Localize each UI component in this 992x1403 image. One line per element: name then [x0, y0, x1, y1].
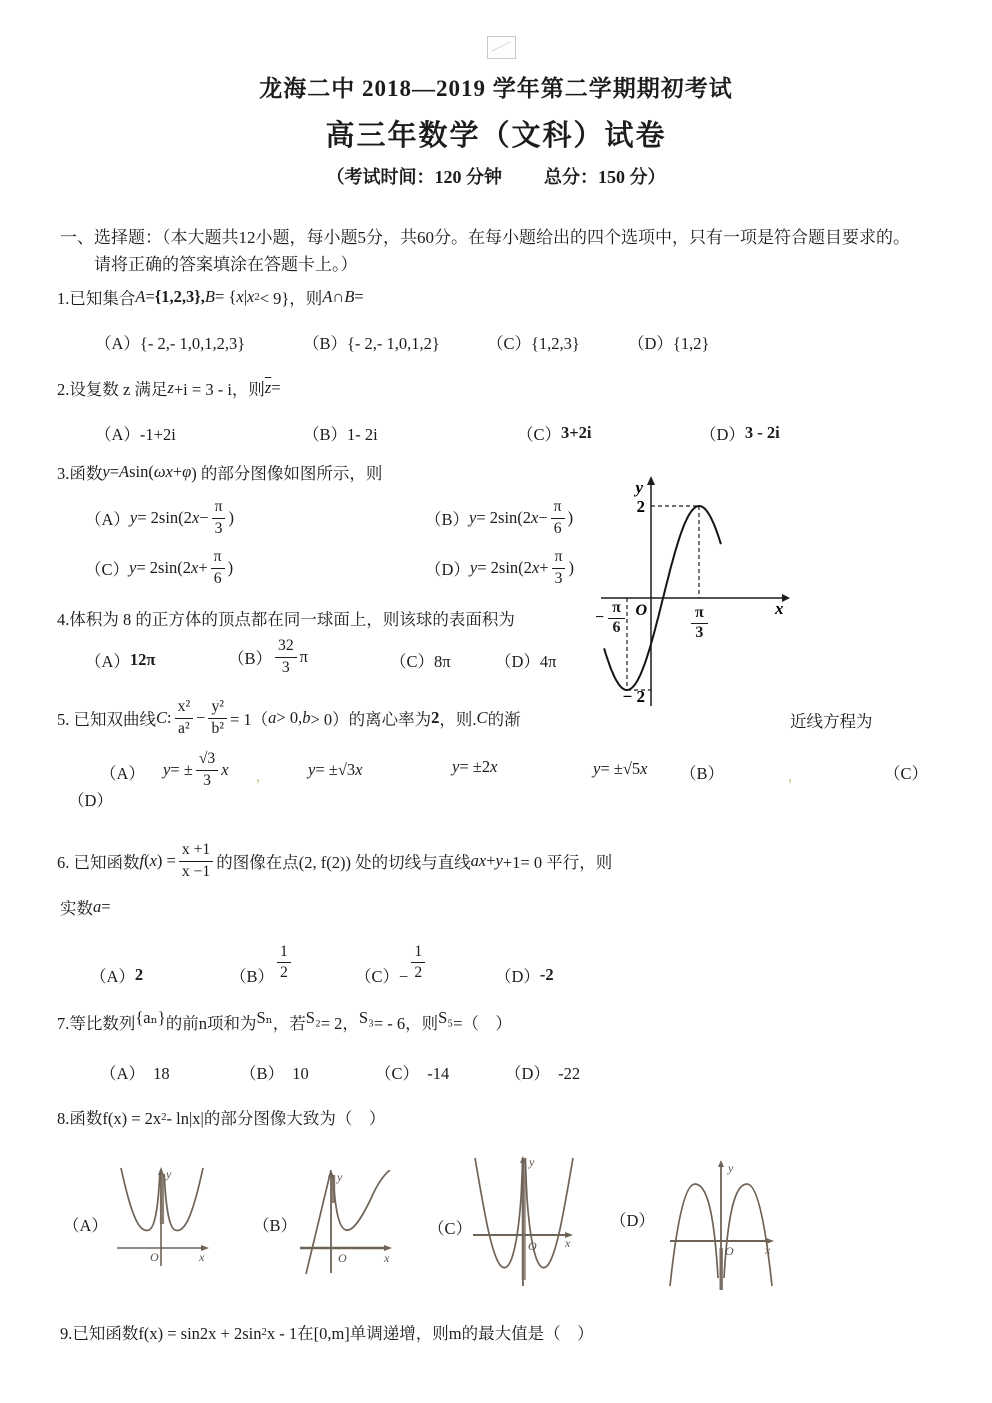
q8-graph-d: y O x: [668, 1160, 778, 1293]
pi-over-3: π3: [688, 605, 711, 642]
broken-image-icon: [487, 36, 516, 59]
q6-option-c: （C）−12: [355, 955, 428, 994]
q5-stem-tail: 近线方程为: [790, 708, 873, 732]
q3-option-a: （A）y = 2sin(2x − π3): [85, 496, 234, 540]
q4-option-a: （A）12π: [85, 648, 155, 672]
q5-option-b-label: （B）: [680, 760, 724, 784]
origin-label: O: [338, 1251, 347, 1265]
q5-option-a-label: （A）: [100, 760, 145, 784]
q5-mark-1: ，: [256, 766, 269, 785]
x-axis-label: x: [564, 1236, 571, 1250]
q2-option-a: （A）-1+2i: [95, 421, 176, 445]
max-x-label: π3: [688, 604, 711, 642]
x-axis-label: x: [198, 1250, 205, 1264]
q6-stem: 6. 已知函数 f(x) = x +1x −1 的图像在点(2, f(2)) 处…: [57, 838, 612, 884]
q8-label-a: （A）: [63, 1212, 108, 1236]
q9-stem: 9.已知函数f(x) = sin2x + 2sin2x - 1在[0,m]单调递…: [60, 1320, 594, 1344]
origin-label: O: [635, 602, 647, 619]
q5-option-d-label: （D）: [68, 787, 113, 811]
q8-graph-b: y O x: [298, 1170, 396, 1276]
q7-option-b: （B） 10: [240, 1060, 309, 1084]
q5-stem: 5. 已知双曲线 C : x²a² − y²b² = 1（a > 0,b > 0…: [57, 694, 521, 742]
exam-info-line: （考试时间：120 分钟总分：150 分）: [0, 163, 992, 189]
q8-label-b: （B）: [253, 1212, 297, 1236]
q4-option-c: （C）8π: [390, 648, 451, 672]
q3-stem: 3.函数 y=Asin(ωx + φ) 的部分图像如图所示，则: [57, 460, 382, 484]
y-axis-arrow: [647, 476, 655, 485]
y-axis-label: y: [336, 1170, 343, 1184]
exam-time: （考试时间：120 分钟: [327, 167, 503, 187]
sine-curve-plot: y 2 O x − 2: [595, 475, 790, 710]
x-axis-label: x: [774, 599, 784, 618]
broken-image-diagonal: [488, 37, 515, 58]
q6-option-b: （B）12: [230, 955, 294, 994]
x-axis-label: x: [383, 1251, 390, 1265]
spike-fill: [160, 1174, 164, 1224]
q5-formula-2: y = ±√3x: [308, 760, 362, 780]
q1-option-a: （A）{- 2,- 1,0,1,2,3}: [95, 330, 245, 354]
x-axis-label: x: [764, 1243, 771, 1257]
y-axis-label: y: [165, 1167, 172, 1181]
q4-option-d: （D）4π: [495, 648, 557, 672]
origin-label: O: [150, 1250, 159, 1264]
exam-title: 龙海二中 2018—2019 学年第二学期期初考试: [0, 70, 992, 103]
q1-option-b: （B）{- 2,- 1,0,1,2}: [303, 330, 440, 354]
q4-option-b: （B）323π: [228, 632, 308, 682]
q5-formula-3: y = ±2x: [452, 757, 497, 777]
section-header-line2: 请将正确的答案填涂在答题卡上。）: [94, 250, 358, 275]
exam-score: 总分：150 分）: [544, 167, 666, 187]
q5-mark-2: ，: [788, 766, 801, 785]
q1-stem: 1.已知集合 A = {1,2,3}, B = {x | x2 < 9}，则 A…: [57, 285, 364, 309]
q8-label-c: （C）: [428, 1215, 472, 1239]
min-x-label: −π6: [595, 600, 628, 637]
q2-option-c: （C）3+2i: [517, 421, 592, 445]
exam-subject-title: 高三年数学（文科）试卷: [0, 113, 992, 154]
q4-stem: 4.体积为 8 的正方体的顶点都在同一球面上，则该球的表面积为: [57, 606, 515, 630]
q5-option-c-label: （C）: [884, 760, 928, 784]
q7-stem: 7.等比数列{aₙ}的前n项和为Sₙ，若S₂ = 2，S₃ = - 6，则S₅ …: [57, 1010, 512, 1034]
q6-stem-line2: 实数 a =: [60, 895, 111, 919]
q7-option-d: （D） -22: [505, 1060, 580, 1084]
q7-option-c: （C） -14: [375, 1060, 449, 1084]
origin-label: O: [528, 1239, 537, 1253]
q8-graph-a: y O x: [113, 1166, 211, 1272]
origin-label: O: [725, 1244, 734, 1258]
q7-option-a: （A） 18: [100, 1060, 170, 1084]
q6-option-a: （A）2: [90, 963, 143, 987]
q3-option-c: （C）y = 2sin(2x+π6): [85, 546, 233, 590]
q2-option-b: （B）1- 2i: [303, 421, 378, 445]
q3-option-d: （D）y = 2sin(2x+π3): [425, 546, 574, 590]
q3-option-b: （B）y = 2sin(2x − π6): [425, 496, 573, 540]
q2-option-d: （D）3 - 2i: [700, 421, 780, 445]
q8-label-d: （D）: [610, 1207, 655, 1231]
y-axis-label: y: [633, 478, 643, 497]
spike-fill: [719, 1248, 723, 1290]
q2-stem: 2.设复数 z 满足 z+i = 3 - i，则 z =: [57, 376, 281, 400]
q6-option-d: （D）-2: [495, 963, 554, 987]
q1-option-c: （C）{1,2,3}: [487, 330, 580, 354]
exam-paper-page: 龙海二中 2018—2019 学年第二学期期初考试 高三年数学（文科）试卷 （考…: [0, 0, 992, 1403]
q8-stem: 8.函数f(x) = 2x2 - ln|x|的部分图像大致为（ ）: [57, 1105, 385, 1129]
y-axis-label: y: [727, 1161, 734, 1175]
min-value-label: − 2: [623, 687, 645, 706]
q3-function-graph: y 2 O x − 2 π3 −π6: [595, 475, 790, 710]
q1-option-d: （D）{1,2}: [628, 330, 709, 354]
q8-graph-c: y O x: [471, 1156, 577, 1290]
q5-formula-1: y = ±√33x: [163, 748, 229, 792]
section-header-line1: 一、选择题：（本大题共12小题，每小题5分，共60分。在每小题给出的四个选项中，…: [60, 223, 910, 248]
q5-formula-4: y = ±√5x: [593, 759, 647, 779]
max-value-label: 2: [637, 497, 646, 516]
y-axis-label: y: [528, 1156, 535, 1169]
